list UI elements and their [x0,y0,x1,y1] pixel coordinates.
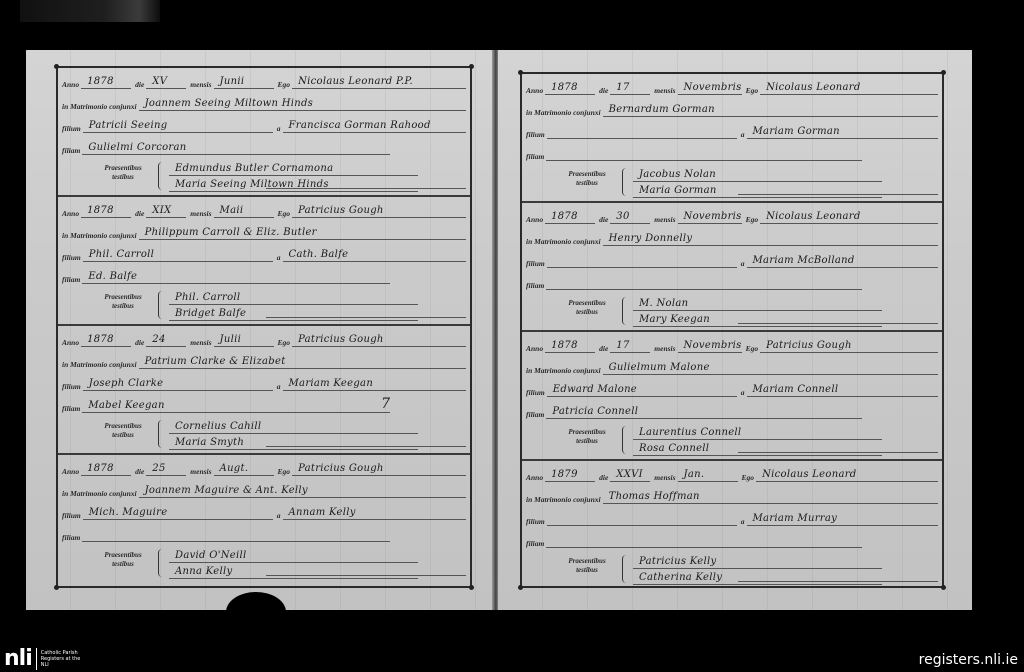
label-anno: Anno [62,338,81,347]
entry-priest: Patricius Gough [292,463,384,475]
label-in-matrimonio: in Matrimonio conjunxi [526,495,603,504]
site-url-link[interactable]: registers.nli.ie [919,652,1018,668]
label-die: die [595,473,610,482]
entry-date-row: Anno 1878 die XV mensis Junii Ego Nicola… [62,74,466,89]
entry-father: Patricii Seeing [83,120,168,132]
blank-line [738,581,938,582]
entry-filium-row: filium Mich. Maguire a Annam Kelly [62,505,466,520]
entry-year: 1878 [81,463,114,475]
marriage-entry: Anno 1878 die 17 mensis Novembris Ego Pa… [522,332,942,461]
label-filium: filium [526,130,547,139]
label-anno: Anno [62,467,81,476]
label-ego: Ego [738,473,757,482]
label-ex: a [273,124,283,133]
witness-2: Bridget Balfe [169,308,246,320]
label-ego: Ego [274,338,293,347]
entry-conjunxi-row: in Matrimonio conjunxi Joannem Seeing Mi… [62,96,466,111]
label-ex: a [737,130,747,139]
marriage-entry: Anno 1878 die XV mensis Junii Ego Nicola… [58,68,470,197]
label-ego: Ego [274,80,293,89]
blank-line [266,575,466,576]
entry-mother: Cath. Balfe [283,249,349,261]
entry-year: 1878 [81,205,114,217]
witness-1: Laurentius Connell [633,427,741,439]
entry-filium-row: filium a Mariam McBolland [526,253,938,268]
entry-bride: Ed. Balfe [82,271,137,283]
right-page: Anno 1878 die 17 mensis Novembris Ego Ni… [498,50,972,610]
entry-priest: Patricius Gough [292,334,384,346]
witnesses-label: Praesentibus testibus [88,418,158,450]
label-ex: a [737,388,747,397]
entry-father: Edward Malone [547,384,637,396]
label-ego: Ego [274,467,293,476]
label-mensis: mensis [186,338,213,347]
witness-2: Maria Smyth [169,437,244,449]
entry-date-row: Anno 1878 die 25 mensis Augt. Ego Patric… [62,461,466,476]
left-page-frame: Anno 1878 die XV mensis Junii Ego Nicola… [56,66,472,588]
label-mensis: mensis [650,344,677,353]
label-ego: Ego [742,344,761,353]
entry-month: Julii [214,334,242,346]
entry-month: Junii [214,76,245,88]
label-ego: Ego [274,209,293,218]
nli-logo-text: Catholic Parish Registers at the NLI [41,650,81,668]
label-anno: Anno [526,86,545,95]
entry-groom: Joannem Seeing Miltown Hinds [139,98,314,110]
witness-2: Mary Keegan [633,314,710,326]
logo-divider [36,648,37,670]
label-filiam: filiam [526,152,546,161]
entry-filiam-row: filiam [526,146,862,161]
frame-corner-dot [54,585,59,590]
witness-1: Phil. Carroll [169,292,240,304]
brace [622,168,629,196]
witness-2: Maria Gorman [633,185,717,197]
label-in-matrimonio: in Matrimonio conjunxi [62,102,139,111]
register-book: Anno 1878 die XV mensis Junii Ego Nicola… [26,50,972,610]
entry-month: Augt. [214,463,249,475]
entry-groom: Gulielmum Malone [603,362,710,374]
entry-date-row: Anno 1878 die 17 mensis Novembris Ego Ni… [526,80,938,95]
marriage-entry: Anno 1878 die 24 mensis Julii Ego Patric… [58,326,470,455]
entry-filiam-row: filiam Patricia Connell [526,404,862,419]
entry-priest: Nicolaus Leonard P.P. [292,76,413,88]
witnesses-label: Praesentibus testibus [552,295,622,327]
label-mensis: mensis [186,209,213,218]
label-filium: filium [526,388,547,397]
label-mensis: mensis [186,467,213,476]
entry-father: Phil. Carroll [83,249,154,261]
entry-conjunxi-row: in Matrimonio conjunxi Bernardum Gorman [526,102,938,117]
entry-year: 1878 [545,340,578,352]
witnesses-label: Praesentibus testibus [88,160,158,192]
label-filiam: filiam [526,410,546,419]
entry-month: Novembris [678,82,742,94]
brace [158,420,165,448]
entry-year: 1878 [81,76,114,88]
label-ex: a [273,253,283,262]
entry-groom: Philippum Carroll & Eliz. Butler [139,227,317,239]
label-in-matrimonio: in Matrimonio conjunxi [62,231,139,240]
entry-filium-row: filium a Mariam Gorman [526,124,938,139]
witness-1: Edmundus Butler Cornamona [169,163,333,175]
label-filiam: filiam [62,404,82,413]
blank-line [266,446,466,447]
left-page: Anno 1878 die XV mensis Junii Ego Nicola… [26,50,494,610]
label-anno: Anno [62,209,81,218]
witness-2: Anna Kelly [169,566,232,578]
label-ex: a [737,259,747,268]
witness-2: Catherina Kelly [633,572,722,584]
witness-1: M. Nolan [633,298,688,310]
entry-mother: Mariam Connell [747,384,839,396]
label-ego: Ego [742,86,761,95]
witnesses-label: Praesentibus testibus [552,553,622,585]
label-die: die [131,467,146,476]
entry-conjunxi-row: in Matrimonio conjunxi Gulielmum Malone [526,360,938,375]
witness-1: Jacobus Nolan [633,169,716,181]
label-in-matrimonio: in Matrimonio conjunxi [526,366,603,375]
entry-year: 1878 [545,211,578,223]
witnesses-label: Praesentibus testibus [88,289,158,321]
entry-mother: Annam Kelly [283,507,356,519]
entry-day: 30 [610,211,629,223]
entry-day: XXVI [610,469,643,481]
label-mensis: mensis [186,80,213,89]
blank-line [738,452,938,453]
label-in-matrimonio: in Matrimonio conjunxi [526,108,603,117]
entry-conjunxi-row: in Matrimonio conjunxi Patrium Clarke & … [62,354,466,369]
blank-line [266,188,466,189]
entry-filium-row: filium Joseph Clarke a Mariam Keegan [62,376,466,391]
witness-1: Cornelius Cahill [169,421,261,433]
entry-bride: Gulielmi Corcoran [82,142,186,154]
nli-logo-mark: nli [4,648,32,670]
entry-mother: Mariam McBolland [747,255,855,267]
entry-filiam-row: filiam Mabel Keegan [62,398,390,413]
marriage-entry: Anno 1878 die 30 mensis Novembris Ego Ni… [522,203,942,332]
entry-groom: Joannem Maguire & Ant. Kelly [139,485,308,497]
entry-bride: Mabel Keegan [82,400,164,412]
label-ex: a [737,517,747,526]
entry-month: Jan. [678,469,705,481]
entry-conjunxi-row: in Matrimonio conjunxi Joannem Maguire &… [62,483,466,498]
label-die: die [595,86,610,95]
blank-line [738,323,938,324]
entry-mother: Mariam Gorman [747,126,840,138]
entry-month: Maii [214,205,244,217]
entry-father: Mich. Maguire [83,507,168,519]
entry-filium-row: filium Patricii Seeing a Francisca Gorma… [62,118,466,133]
label-anno: Anno [526,473,545,482]
entry-filiam-row: filiam [526,275,862,290]
brace [158,162,165,190]
entry-date-row: Anno 1879 die XXVI mensis Jan. Ego Nicol… [526,467,938,482]
witness-1: David O'Neill [169,550,247,562]
label-die: die [595,215,610,224]
entry-filiam-row: filiam Gulielmi Corcoran [62,140,390,155]
entry-day: 17 [610,340,629,352]
brace [158,549,165,577]
label-mensis: mensis [650,473,677,482]
brace [158,291,165,319]
entry-conjunxi-row: in Matrimonio conjunxi Philippum Carroll… [62,225,466,240]
entry-priest: Nicolaus Leonard [760,82,860,94]
margin-note: 7 [381,396,390,412]
entry-mother: Mariam Keegan [283,378,374,390]
witnesses-label: Praesentibus testibus [552,424,622,456]
witness-1: Patricius Kelly [633,556,716,568]
label-die: die [131,338,146,347]
label-anno: Anno [526,344,545,353]
label-mensis: mensis [650,215,677,224]
entry-year: 1878 [545,82,578,94]
entry-priest: Patricius Gough [292,205,384,217]
scanner-edge-artifact [20,0,160,22]
label-filiam: filiam [526,539,546,548]
entry-day: XV [146,76,167,88]
entry-mother: Mariam Murray [747,513,838,525]
label-mensis: mensis [650,86,677,95]
entry-filium-row: filium Edward Malone a Mariam Connell [526,382,938,397]
nli-logo[interactable]: nli Catholic Parish Registers at the NLI [4,648,81,670]
entry-filium-row: filium a Mariam Murray [526,511,938,526]
entry-year: 1878 [81,334,114,346]
entry-conjunxi-row: in Matrimonio conjunxi Henry Donnelly [526,231,938,246]
entry-filiam-row: filiam [526,533,862,548]
label-filiam: filiam [62,146,82,155]
label-die: die [595,344,610,353]
brace [622,426,629,454]
label-die: die [131,209,146,218]
entry-filiam-row: filiam [62,527,390,542]
brace [622,555,629,583]
brace [622,297,629,325]
label-anno: Anno [62,80,81,89]
entry-father: Joseph Clarke [83,378,164,390]
entry-groom: Henry Donnelly [603,233,693,245]
label-ex: a [273,382,283,391]
label-anno: Anno [526,215,545,224]
entry-date-row: Anno 1878 die 30 mensis Novembris Ego Ni… [526,209,938,224]
entry-month: Novembris [678,340,742,352]
marriage-entry: Anno 1879 die XXVI mensis Jan. Ego Nicol… [522,461,942,590]
label-filium: filium [62,382,83,391]
entry-conjunxi-row: in Matrimonio conjunxi Thomas Hoffman [526,489,938,504]
entry-filiam-row: filiam Ed. Balfe [62,269,390,284]
entry-day: 17 [610,82,629,94]
frame-corner-dot [469,585,474,590]
entry-day: 24 [146,334,165,346]
entry-groom: Bernardum Gorman [603,104,715,116]
label-die: die [131,80,146,89]
entry-day: XIX [146,205,171,217]
label-filium: filium [62,124,83,133]
witnesses-label: Praesentibus testibus [88,547,158,579]
right-page-frame: Anno 1878 die 17 mensis Novembris Ego Ni… [520,72,944,588]
entry-date-row: Anno 1878 die XIX mensis Maii Ego Patric… [62,203,466,218]
label-filium: filium [526,517,547,526]
label-in-matrimonio: in Matrimonio conjunxi [62,360,139,369]
blank-line [738,194,938,195]
label-filium: filium [62,511,83,520]
entry-priest: Nicolaus Leonard [756,469,856,481]
entry-priest: Nicolaus Leonard [760,211,860,223]
label-in-matrimonio: in Matrimonio conjunxi [526,237,603,246]
blank-line [266,317,466,318]
label-ex: a [273,511,283,520]
marriage-entry: Anno 1878 die 25 mensis Augt. Ego Patric… [58,455,470,584]
thumb-shadow [226,592,286,632]
entry-date-row: Anno 1878 die 17 mensis Novembris Ego Pa… [526,338,938,353]
entry-date-row: Anno 1878 die 24 mensis Julii Ego Patric… [62,332,466,347]
entry-groom: Patrium Clarke & Elizabet [139,356,286,368]
entry-year: 1879 [545,469,578,481]
label-filiam: filiam [526,281,546,290]
label-in-matrimonio: in Matrimonio conjunxi [62,489,139,498]
entry-mother: Francisca Gorman Rahood [283,120,431,132]
entry-day: 25 [146,463,165,475]
label-filiam: filiam [62,275,82,284]
marriage-entry: Anno 1878 die XIX mensis Maii Ego Patric… [58,197,470,326]
label-filiam: filiam [62,533,82,542]
label-filium: filium [62,253,83,262]
entry-filium-row: filium Phil. Carroll a Cath. Balfe [62,247,466,262]
entry-month: Novembris [678,211,742,223]
label-filium: filium [526,259,547,268]
entry-bride: Patricia Connell [546,406,638,418]
witness-2: Rosa Connell [633,443,709,455]
witnesses-label: Praesentibus testibus [552,166,622,198]
label-ego: Ego [742,215,761,224]
entry-priest: Patricius Gough [760,340,852,352]
witness-2: Maria Seeing Miltown Hinds [169,179,329,191]
entry-groom: Thomas Hoffman [603,491,700,503]
marriage-entry: Anno 1878 die 17 mensis Novembris Ego Ni… [522,74,942,203]
